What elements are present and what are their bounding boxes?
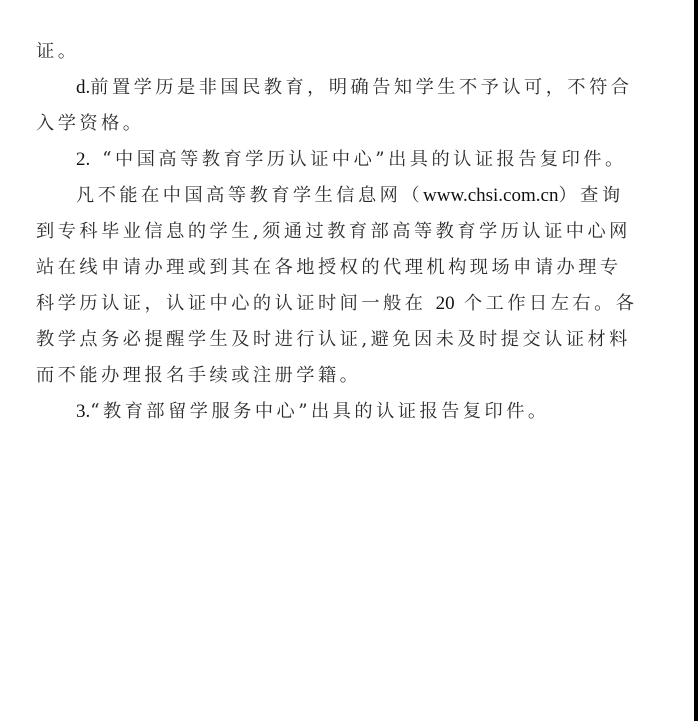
item-3-heading: 3.“教育部留学服务中心”出具的认证报告复印件。	[76, 394, 600, 430]
text-line-7: 站在线申请办理或到其在各地授权的代理机构现场申请办理专	[36, 250, 600, 286]
line-text-part: 凡不能在中国高等教育学生信息网（	[76, 185, 423, 206]
item-d-line: d.前置学历是非国民教育，明确告知学生不予认可，不符合	[76, 70, 600, 106]
text-line-3: 入学资格。	[36, 106, 600, 142]
item-3-title: “教育部留学服务中心”出具的认证报告复印件。	[90, 401, 549, 422]
line-text: 站在线申请办理或到其在各地授权的代理机构现场申请办理专	[36, 257, 622, 278]
text-line-9: 教学点务必提醒学生及时进行认证,避免因未及时提交认证材料	[36, 322, 600, 358]
line-text: 证。	[36, 41, 79, 62]
item-3-label: 3.	[76, 401, 90, 422]
window-edge-border	[694, 0, 698, 721]
text-line-5: 凡不能在中国高等教育学生信息网（www.chsi.com.cn）查询	[76, 178, 600, 214]
line-text: 教学点务必提醒学生及时进行认证,避免因未及时提交认证材料	[36, 329, 631, 350]
text-line-10: 而不能办理报名手续或注册学籍。	[36, 358, 600, 394]
item-d-label: d.	[76, 77, 90, 98]
item-2-heading: 2.“中国高等教育学历认证中心”出具的认证报告复印件。	[76, 142, 600, 178]
item-2-label: 2.	[76, 149, 90, 170]
text-line-6: 到专科毕业信息的学生,须通过教育部高等教育学历认证中心网	[36, 214, 600, 250]
text-line-8: 科学历认证，认证中心的认证时间一般在 20 个工作日左右。各	[36, 286, 600, 322]
work-days-value: 20	[436, 293, 455, 314]
text-line-1: 证。	[36, 34, 600, 70]
line-text: 而不能办理报名手续或注册学籍。	[36, 365, 361, 386]
line-text: 到专科毕业信息的学生,须通过教育部高等教育学历认证中心网	[36, 221, 631, 242]
document-page: 证。 d.前置学历是非国民教育，明确告知学生不予认可，不符合 入学资格。 2.“…	[0, 0, 694, 721]
line-text: 入学资格。	[36, 113, 144, 134]
website-link-text: www.chsi.com.cn	[423, 185, 558, 206]
item-d-text: 前置学历是非国民教育，明确告知学生不予认可，不符合	[90, 77, 632, 98]
item-2-title: “中国高等教育学历认证中心”出具的认证报告复印件。	[102, 149, 626, 170]
